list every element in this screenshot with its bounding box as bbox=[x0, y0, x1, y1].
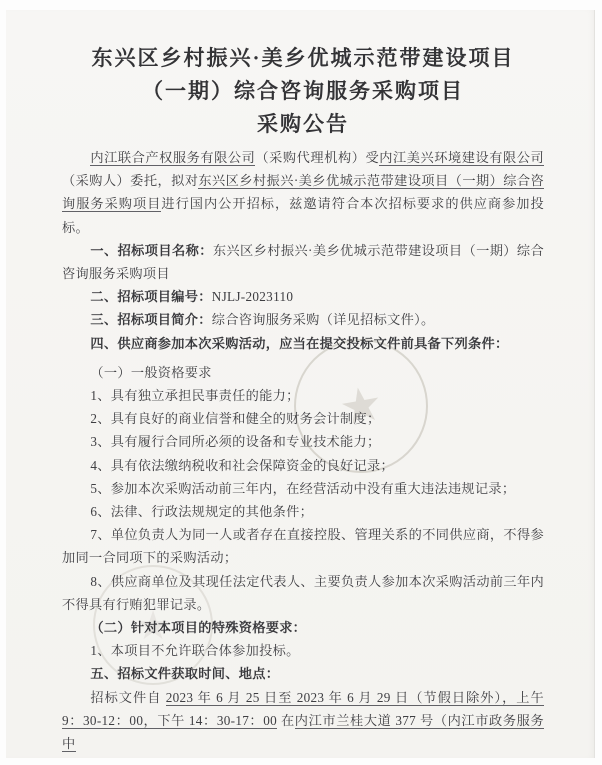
text-run: 6、法律、行政法规规定的其他条件； bbox=[90, 504, 313, 519]
text-run: 4、具有依法缴纳税收和社会保障资金的良好记录； bbox=[90, 458, 394, 473]
text-run: 5、参加本次采购活动前三年内，在经营活动中没有重大违法违规记录； bbox=[90, 481, 515, 496]
text-run: NJLJ-2023110 bbox=[212, 289, 294, 304]
document-title-line-3: 采购公告 bbox=[62, 108, 544, 141]
text-run: （一）一般资格要求 bbox=[90, 365, 211, 380]
document-content: 东兴区乡村振兴·美乡优城示范带建设项目 （一期）综合咨询服务采购项目 采购公告 … bbox=[62, 42, 544, 755]
paragraph: 四、供应商参加本次采购活动，应当在提交投标文件前具备下列条件： bbox=[62, 332, 544, 355]
paragraph: （一）一般资格要求 bbox=[62, 361, 544, 384]
text-run: 2、具有良好的商业信誉和健全的财务会计制度； bbox=[90, 411, 380, 426]
text-run: （采购人）委托，拟对 bbox=[62, 173, 198, 188]
document-title: 东兴区乡村振兴·美乡优城示范带建设项目 （一期）综合咨询服务采购项目 采购公告 bbox=[62, 42, 544, 141]
text-run: 7、单位负责人为同一人或者存在直接控股、管理关系的不同供应商，不得参加同一合同项… bbox=[62, 527, 544, 565]
text-run: （采购代理机构）受 bbox=[255, 150, 379, 165]
paragraph: 3、具有履行合同所必须的设备和专业技术能力； bbox=[62, 430, 544, 453]
paragraph: 二、招标项目编号：NJLJ-2023110 bbox=[62, 285, 544, 308]
paragraph: 1、本项目不允许联合体参加投标。 bbox=[62, 639, 544, 662]
paragraph: 2、具有良好的商业信誉和健全的财务会计制度； bbox=[62, 407, 544, 430]
bold-text: 二、招标项目编号： bbox=[90, 289, 211, 304]
text-run: 1、本项目不允许联合体参加投标。 bbox=[90, 643, 299, 658]
paragraph: 三、招标项目简介：综合咨询服务采购（详见招标文件）。 bbox=[62, 308, 544, 331]
paragraph: （二）针对本项目的特殊资格要求： bbox=[62, 616, 544, 639]
document-title-line-1: 东兴区乡村振兴·美乡优城示范带建设项目 bbox=[62, 42, 544, 75]
bold-text: 一、招标项目名称： bbox=[90, 243, 212, 258]
bold-text: 三、招标项目简介： bbox=[90, 312, 211, 327]
paragraph: 4、具有依法缴纳税收和社会保障资金的良好记录； bbox=[62, 454, 544, 477]
text-run: 3、具有履行合同所必须的设备和专业技术能力； bbox=[90, 434, 380, 449]
text-run: 1、具有独立承担民事责任的能力； bbox=[90, 388, 299, 403]
paragraph: 五、招标文件获取时间、地点： bbox=[62, 662, 544, 685]
underlined-text: 内江美兴环境建设有限公司 bbox=[379, 150, 544, 166]
document-body: 内江联合产权服务有限公司（采购代理机构）受内江美兴环境建设有限公司（采购人）委托… bbox=[62, 146, 544, 755]
paragraph: 5、参加本次采购活动前三年内，在经营活动中没有重大违法违规记录； bbox=[62, 477, 544, 500]
paragraph: 招标文件自 2023 年 6 月 25 日至 2023 年 6 月 29 日（节… bbox=[62, 686, 544, 756]
bold-text: 四、供应商参加本次采购活动，应当在提交投标文件前具备下列条件： bbox=[90, 336, 508, 351]
paragraph: 8、供应商单位及其现任法定代表人、主要负责人参加本次采购活动前三年内不得具有行贿… bbox=[62, 570, 544, 616]
bold-text: （二）针对本项目的特殊资格要求： bbox=[90, 620, 306, 635]
paragraph: 7、单位负责人为同一人或者存在直接控股、管理关系的不同供应商，不得参加同一合同项… bbox=[62, 523, 544, 569]
paragraph: 内江联合产权服务有限公司（采购代理机构）受内江美兴环境建设有限公司（采购人）委托… bbox=[62, 146, 544, 239]
text-run: 在 bbox=[277, 713, 295, 728]
paragraph: 1、具有独立承担民事责任的能力； bbox=[62, 384, 544, 407]
text-run: 8、供应商单位及其现任法定代表人、主要负责人参加本次采购活动前三年内不得具有行贿… bbox=[62, 574, 544, 612]
text-run: 综合咨询服务采购（详见招标文件）。 bbox=[212, 312, 435, 327]
underlined-text: 内江联合产权服务有限公司 bbox=[90, 150, 255, 166]
scanned-page: ★ ★ 东兴区乡村振兴·美乡优城示范带建设项目 （一期）综合咨询服务采购项目 采… bbox=[6, 10, 595, 758]
text-run: 招标文件自 bbox=[90, 690, 165, 705]
paragraph: 一、招标项目名称：东兴区乡村振兴·美乡优城示范带建设项目（一期）综合咨询服务采购… bbox=[62, 239, 544, 285]
paragraph: 6、法律、行政法规规定的其他条件； bbox=[62, 500, 544, 523]
bold-text: 五、招标文件获取时间、地点： bbox=[90, 666, 279, 681]
document-title-line-2: （一期）综合咨询服务采购项目 bbox=[62, 75, 544, 108]
